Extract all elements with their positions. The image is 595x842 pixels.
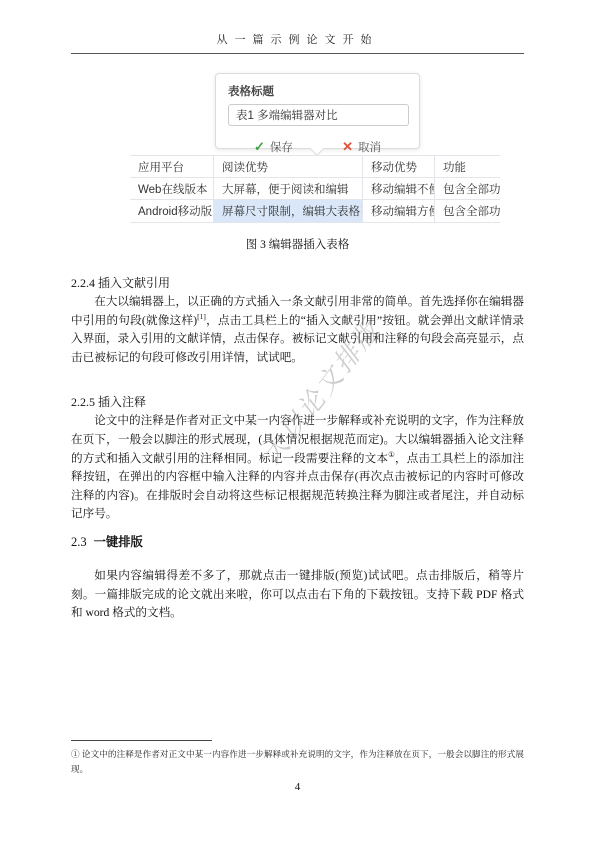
cell-android-mobile: 移动编辑方便 bbox=[363, 200, 435, 222]
heading-2-3-title: 一键排版 bbox=[94, 535, 143, 549]
x-icon: ✕ bbox=[342, 139, 353, 155]
citation-superscript: [1] bbox=[197, 312, 206, 321]
page-number: 4 bbox=[0, 781, 595, 793]
footnote-area: ① 论文中的注释是作者对正文中某一内容作进一步解释或补充说明的文字，作为注释放在… bbox=[71, 740, 524, 776]
running-header: 从一篇示例论文开始 bbox=[71, 31, 524, 54]
table-header-row: 应用平台 阅读优势 移动优势 功能 bbox=[130, 156, 500, 178]
cell-web-reading: 大屏幕，便于阅读和编辑 bbox=[214, 178, 363, 199]
paragraph-2-3: 如果内容编辑得差不多了，那就点击一键排版(预览)试试吧。点击排版后，稍等片刻。一… bbox=[71, 567, 524, 623]
save-button[interactable]: ✓ 保存 bbox=[254, 139, 293, 155]
table-title-label: 表格标题 bbox=[228, 83, 407, 99]
cancel-button[interactable]: ✕ 取消 bbox=[342, 139, 381, 155]
heading-2-3: 2.3一键排版 bbox=[71, 533, 524, 552]
footnote-body: 论文中的注释是作者对正文中某一内容作进一步解释或补充说明的文字，作为注释放在页下… bbox=[71, 749, 524, 774]
cell-android-platform: Android移动版 bbox=[130, 200, 214, 222]
col-header-mobile: 移动优势 bbox=[363, 156, 435, 177]
table-title-input[interactable] bbox=[228, 104, 409, 126]
save-button-label: 保存 bbox=[270, 139, 293, 155]
cell-web-platform: Web在线版本 bbox=[130, 178, 214, 199]
heading-2-2-4: 2.2.4 插入文献引用 bbox=[71, 274, 524, 293]
heading-2-2-5: 2.2.5 插入注释 bbox=[71, 393, 524, 412]
table-title-popover: 表格标题 ✓ 保存 ✕ 取消 bbox=[215, 73, 420, 149]
col-header-reading: 阅读优势 bbox=[214, 156, 363, 177]
cell-android-reading-editing[interactable]: 屏幕尺寸限制，编辑大表格不便 bbox=[214, 200, 363, 222]
paragraph-2-2-4: 在大以编辑器上，以正确的方式插入一条文献引用非常的简单。首先选择你在编辑器中引用… bbox=[71, 293, 524, 367]
figure-caption: 图 3 编辑器插入表格 bbox=[71, 236, 524, 252]
footnote-ref-superscript: ① bbox=[388, 450, 395, 459]
check-icon: ✓ bbox=[254, 139, 265, 155]
footnote-marker: ① bbox=[71, 749, 80, 759]
table-row-web: Web在线版本 大屏幕，便于阅读和编辑 移动编辑不便 包含全部功能 bbox=[130, 178, 500, 200]
cell-web-mobile: 移动编辑不便 bbox=[363, 178, 435, 199]
cell-text-before-caret: 屏幕尺寸限制，编辑大表格 bbox=[222, 203, 360, 219]
cell-android-features: 包含全部功能 bbox=[435, 200, 500, 222]
document-page: 从一篇示例论文开始 表格标题 ✓ 保存 ✕ 取消 应用平台 阅读优势 bbox=[0, 0, 595, 842]
footnote-text: ① 论文中的注释是作者对正文中某一内容作进一步解释或补充说明的文字，作为注释放在… bbox=[71, 747, 524, 776]
cancel-button-label: 取消 bbox=[358, 139, 381, 155]
col-header-platform: 应用平台 bbox=[130, 156, 214, 177]
cell-web-features: 包含全部功能 bbox=[435, 178, 500, 199]
table-row-android: Android移动版 屏幕尺寸限制，编辑大表格不便 移动编辑方便 包含全部功能 bbox=[130, 200, 500, 222]
footnote-divider bbox=[71, 740, 212, 741]
header-title: 从一篇示例论文开始 bbox=[217, 34, 379, 46]
col-header-features: 功能 bbox=[435, 156, 500, 177]
heading-2-3-number: 2.3 bbox=[71, 535, 87, 549]
comparison-table: 应用平台 阅读优势 移动优势 功能 Web在线版本 大屏幕，便于阅读和编辑 移动… bbox=[130, 155, 500, 223]
body-content: 2.2.4 插入文献引用 在大以编辑器上，以正确的方式插入一条文献引用非常的简单… bbox=[71, 274, 524, 623]
paragraph-2-2-5: 论文中的注释是作者对正文中某一内容作进一步解释或补充说明的文字，作为注释放在页下… bbox=[71, 412, 524, 524]
